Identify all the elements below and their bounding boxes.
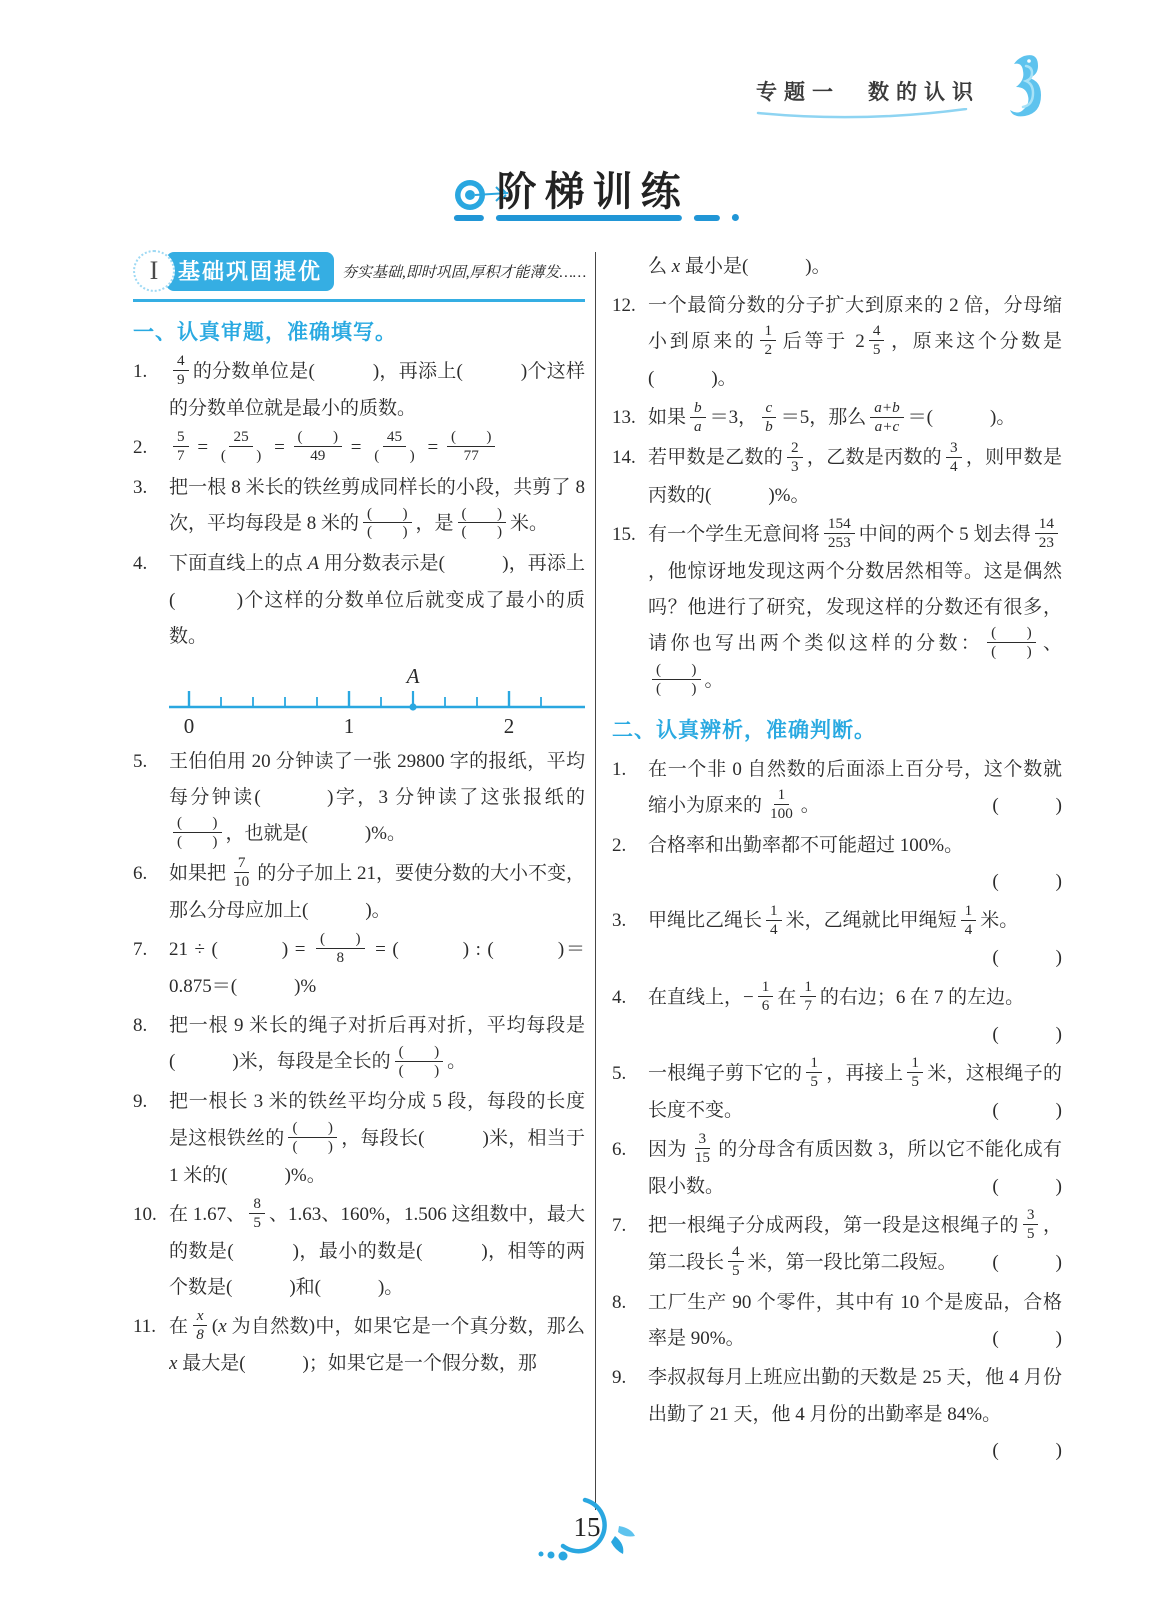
question-text: 王伯伯用 20 分钟读了一张 29800 字的报纸，平均每分钟读( )字，3 分… [169, 751, 585, 808]
question-body: 一个最简分数的分子扩大到原来的 2 倍，分母缩小到原来的12后等于 245，原来… [648, 288, 1062, 397]
math-variable: x [672, 256, 680, 277]
underline-dash [454, 215, 484, 221]
fraction-denominator: ( ) [217, 447, 266, 465]
fraction-denominator: 9 [173, 371, 189, 389]
fraction-denominator: 7 [800, 997, 816, 1015]
question-body: 工厂生产 90 个零件，其中有 10 个是废品，合格率是 90%。( ) [648, 1285, 1062, 1357]
question-item: 6.如果把710的分子加上 21，要使分数的大小不变，那么分母应加上( )。 [133, 856, 585, 929]
fraction-numerator: 1 [961, 903, 977, 920]
question-text: ，再接上 [826, 1063, 903, 1084]
question-item: 8.把一根 9 米长的绳子对折后再对折，平均每段是( )米，每段是全长的( )(… [133, 1008, 585, 1081]
fraction-denominator: ( ) [987, 643, 1036, 661]
question-body: 么 x 最小是( )。 [648, 249, 1062, 285]
math-variable: A [308, 553, 320, 574]
question-item: 5.王伯伯用 20 分钟读了一张 29800 字的报纸，平均每分钟读( )字，3… [133, 744, 585, 853]
fraction-denominator: ( ) [370, 447, 419, 465]
question-body: 把一根 9 米长的绳子对折后再对折，平均每段是( )米，每段是全长的( )( )… [169, 1008, 585, 1081]
svg-text:0: 0 [184, 714, 195, 738]
question-body: 一根绳子剪下它的15，再接上15米，这根绳子的长度不变。( ) [648, 1056, 1062, 1129]
fraction-denominator: ( ) [652, 680, 701, 698]
fraction-numerator: ( ) [458, 505, 507, 524]
question-item: 6.因为315的分母含有质因数 3，所以它不能化成有限小数。( ) [612, 1132, 1062, 1205]
question-item: 11.在x8(x 为自然数)中，如果它是一个真分数，那么 x 最大是( )；如果… [133, 1309, 585, 1382]
question-number: 10. [133, 1197, 169, 1306]
question-item: 3.甲绳比乙绳长14米，乙绳就比甲绳短14米。( ) [612, 903, 1062, 976]
fraction: 710 [230, 856, 253, 891]
fraction: ( )( ) [395, 1043, 444, 1080]
question-item: 2.合格率和出勤率都不可能超过 100%。( ) [612, 828, 1062, 900]
fraction: ( )( ) [987, 624, 1036, 661]
fraction: 15 [806, 1056, 822, 1091]
fraction: 34 [946, 440, 962, 475]
fraction-denominator: 5 [907, 1073, 923, 1091]
question-text: ＝( )。 [908, 407, 1016, 428]
question-text: 若甲数是乙数的 [648, 447, 783, 468]
fraction-numerator: b [690, 400, 706, 417]
fraction-numerator: ( ) [173, 814, 222, 833]
question-text: 如果 [648, 407, 686, 428]
question-number: 3. [612, 903, 648, 976]
fraction-denominator: 100 [766, 805, 797, 823]
fraction-numerator: 3 [695, 1132, 711, 1149]
question-item: 13.如果ba＝3，cb＝5，那么a+ba+c＝( )。 [612, 400, 1062, 437]
question-text: ，乙数是丙数的 [807, 447, 942, 468]
part2-heading: 二、认真辨析，准确判断。 [612, 714, 1062, 744]
question-text: 。 [705, 670, 724, 691]
fraction: ( )( ) [652, 661, 701, 698]
svg-text:A: A [405, 664, 420, 688]
fraction: 315 [691, 1132, 714, 1167]
question-item: 3.把一根 8 米长的铁丝剪成同样长的小段，共剪了 8 次，平均每段是 8 米的… [133, 470, 585, 543]
fraction-denominator: ( ) [395, 1062, 444, 1080]
question-item: 8.工厂生产 90 个零件，其中有 10 个是废品，合格率是 90%。( ) [612, 1285, 1062, 1357]
section-badge: I 基础巩固提优 夯实基础,即时巩固,厚积才能薄发…… [133, 250, 585, 302]
fraction-numerator: 3 [1023, 1208, 1039, 1225]
fraction-numerator: c [762, 400, 777, 417]
question-text: 李叔叔每月上班应出勤的天数是 25 天，他 4 月份出勤了 21 天，他 4 月… [648, 1367, 1062, 1424]
question-text: 米，第一段比第二段短。 [748, 1252, 957, 1273]
question-number: 2. [133, 430, 169, 467]
question-number: 1. [612, 752, 648, 825]
answer-bracket: ( ) [992, 788, 1062, 824]
column-divider [595, 252, 596, 1510]
fraction: a+ba+c [870, 400, 903, 435]
question-body: 下面直线上的点 A 用分数表示是( )，再添上( )个这样的分数单位后就变成了最… [169, 546, 585, 740]
fraction-numerator: ( ) [652, 661, 701, 680]
question-body: 有一个学生无意间将154253中间的两个 5 划去得1423，他惊讶地发现这两个… [648, 517, 1062, 700]
fraction: 154253 [824, 517, 855, 552]
answer-bracket: ( ) [992, 1169, 1062, 1205]
fraction-denominator: ( ) [288, 1138, 337, 1156]
question-number: 9. [612, 1360, 648, 1468]
question-text: 米。 [510, 513, 548, 534]
question-body: 49的分数单位是( )，再添上( )个这样的分数单位就是最小的质数。 [169, 354, 585, 427]
question-number: 4. [133, 546, 169, 740]
question-item: 2.57 = 25( ) = ( )49 = 45( ) = ( )77 [133, 430, 585, 467]
question-item: 5.一根绳子剪下它的15，再接上15米，这根绳子的长度不变。( ) [612, 1056, 1062, 1129]
question-text: = [346, 437, 366, 458]
question-body: 在x8(x 为自然数)中，如果它是一个真分数，那么 x 最大是( )；如果它是一… [169, 1309, 585, 1382]
question-text: ＝3， [710, 407, 758, 428]
page-footer: 15 [519, 1492, 651, 1566]
answer-bracket: ( ) [992, 1321, 1062, 1357]
question-body: 把一根长 3 米的铁丝平均分成 5 段，每段的长度是这根铁丝的( )( )，每段… [169, 1084, 585, 1193]
main-title-row: 阶梯训练 [0, 160, 1170, 230]
fraction: 45 [728, 1243, 744, 1280]
question-text: 米，乙绳就比甲绳短 [786, 910, 957, 931]
fraction-denominator: a [690, 418, 706, 436]
question-body: 把一根绳子分成两段，第一段是这根绳子的35，第二段长45米，第一段比第二段短。(… [648, 1208, 1062, 1282]
part2-questions: 1.在一个非 0 自然数的后面添上百分号，这个数就缩小为原来的1100。( )2… [612, 752, 1062, 1469]
fraction-denominator: 253 [824, 534, 855, 552]
question-text: 一根绳子剪下它的 [648, 1063, 802, 1084]
fraction-numerator: 5 [173, 430, 189, 447]
question-body: 李叔叔每月上班应出勤的天数是 25 天，他 4 月份出勤了 21 天，他 4 月… [648, 1360, 1062, 1468]
page-number: 15 [566, 1512, 608, 1543]
question-item: 7.把一根绳子分成两段，第一段是这根绳子的35，第二段长45米，第一段比第二段短… [612, 1208, 1062, 1282]
fraction: ( )( ) [363, 505, 412, 542]
question-item: 4.下面直线上的点 A 用分数表示是( )，再添上( )个这样的分数单位后就变成… [133, 546, 585, 740]
fraction: 12 [760, 322, 776, 359]
question-body: 在一个非 0 自然数的后面添上百分号，这个数就缩小为原来的1100。( ) [648, 752, 1062, 825]
question-body: 21 ÷ ( ) = ( )8 = ( ) : ( )＝0.875＝( )% [169, 932, 585, 1005]
fraction-numerator: 1 [800, 980, 816, 997]
fraction-denominator: 5 [806, 1073, 822, 1091]
fraction-numerator: ( ) [447, 430, 496, 447]
question-item: 1.49的分数单位是( )，再添上( )个这样的分数单位就是最小的质数。 [133, 354, 585, 427]
question-number: 1. [133, 354, 169, 427]
question-number: 13. [612, 400, 648, 437]
question-text: 因为 [648, 1139, 687, 1160]
question-item: 10.在 1.67、85、1.63、160%，1.506 这组数中，最大的数是(… [133, 1197, 585, 1306]
seahorse-icon [1002, 52, 1044, 124]
question-text: 21 ÷ ( ) = [169, 939, 312, 960]
question-text: = [269, 437, 289, 458]
fraction-denominator: 5 [869, 341, 885, 359]
question-number: 3. [133, 470, 169, 543]
question-text: ，也就是( )%。 [226, 823, 406, 844]
fraction-numerator: 25 [229, 430, 252, 447]
fraction: 16 [758, 980, 774, 1015]
fraction-denominator: 77 [460, 447, 483, 465]
fraction-numerator: 1 [758, 980, 774, 997]
question-text: 在 [169, 1316, 188, 1337]
question-number: 15. [612, 517, 648, 700]
question-text: = [193, 437, 213, 458]
fraction-denominator: 5 [1023, 1225, 1039, 1243]
question-body: 如果把710的分子加上 21，要使分数的大小不变，那么分母应加上( )。 [169, 856, 585, 929]
question-body: 若甲数是乙数的23，乙数是丙数的34，则甲数是丙数的( )%。 [648, 440, 1062, 513]
question-number: 11. [133, 1309, 169, 1382]
part1-questions-right: 么 x 最小是( )。12.一个最简分数的分子扩大到原来的 2 倍，分母缩小到原… [612, 249, 1062, 700]
question-number: 7. [133, 932, 169, 1005]
fraction-denominator: 15 [691, 1149, 714, 1167]
fraction: 14 [961, 903, 977, 938]
question-number: 4. [612, 980, 648, 1053]
question-number: 8. [612, 1285, 648, 1357]
fraction-numerator: 1 [760, 322, 776, 341]
fraction-denominator: a+c [871, 418, 904, 436]
svg-text:1: 1 [344, 714, 355, 738]
badge-label: 基础巩固提优 [166, 252, 334, 291]
underline-dash [694, 215, 720, 221]
chapter-header: 专题一 数的认识 [756, 76, 980, 120]
svg-text:2: 2 [504, 714, 515, 738]
fraction-denominator: 8 [333, 949, 349, 967]
fraction-denominator: 23 [1035, 534, 1058, 552]
question-text: 后等于 2 [780, 331, 865, 352]
fraction-numerator: 2 [787, 440, 803, 457]
fraction: ( )8 [316, 932, 365, 967]
title-underline [454, 214, 739, 221]
question-text: 把一根绳子分成两段，第一段是这根绳子的 [648, 1215, 1019, 1236]
question-text: 中间的两个 5 划去得 [859, 524, 1031, 545]
fraction-numerator: 45 [383, 430, 406, 447]
question-text: 如果把 [169, 863, 226, 884]
workbook-page: 专题一 数的认识 阶梯训练 I 基础巩固提优 夯实 [0, 0, 1170, 1600]
fraction-denominator: b [761, 418, 777, 436]
fraction: 17 [800, 980, 816, 1015]
fraction-denominator: 4 [961, 921, 977, 939]
question-text: 把一根 9 米长的绳子对折后再对折，平均每段是( )米，每段是全长的 [169, 1015, 585, 1072]
question-text: 最大是( )；如果它是一个假分数，那 [177, 1353, 536, 1374]
question-body: 因为315的分母含有质因数 3，所以它不能化成有限小数。( ) [648, 1132, 1062, 1205]
fraction-numerator: 7 [234, 856, 250, 873]
fraction-denominator: 5 [728, 1262, 744, 1280]
fraction: 15 [907, 1056, 923, 1091]
fraction-numerator: 1 [774, 786, 790, 805]
fraction-numerator: 3 [946, 440, 962, 457]
question-text: 的右边；6 在 7 的左边。 [820, 987, 1024, 1008]
fraction-denominator: 8 [192, 1326, 208, 1344]
question-text: 在 1.67、 [169, 1204, 245, 1225]
question-text: ＝5，那么 [781, 407, 867, 428]
fraction-denominator: 10 [230, 873, 253, 891]
fraction: cb [761, 400, 777, 435]
question-item: 14.若甲数是乙数的23，乙数是丙数的34，则甲数是丙数的( )%。 [612, 440, 1062, 513]
fraction: ba [690, 400, 706, 435]
fraction-numerator: 4 [728, 1243, 744, 1262]
question-text: 、 [1040, 633, 1062, 654]
question-number: 6. [612, 1132, 648, 1205]
question-text: 在 [777, 987, 796, 1008]
fraction-denominator: ( ) [363, 523, 412, 541]
fraction-denominator: ( ) [458, 523, 507, 541]
fraction: 25( ) [217, 430, 266, 465]
question-item: 9.李叔叔每月上班应出勤的天数是 25 天，他 4 月份出勤了 21 天，他 4… [612, 1360, 1062, 1468]
fraction: 1100 [766, 786, 797, 823]
question-text: 有一个学生无意间将 [648, 524, 820, 545]
question-text: ，是 [416, 513, 454, 534]
question-text: 米。 [980, 910, 1018, 931]
question-number: 7. [612, 1208, 648, 1282]
roman-numeral-badge: I [133, 250, 175, 292]
question-item: 么 x 最小是( )。 [612, 249, 1062, 285]
question-text: 在直线上，− [648, 987, 754, 1008]
question-number: 5. [612, 1056, 648, 1129]
answer-bracket: ( ) [992, 1245, 1062, 1281]
fraction-numerator: 1 [907, 1056, 923, 1073]
fraction: 49 [173, 354, 189, 389]
answer-bracket: ( ) [648, 1433, 1062, 1469]
question-body: 57 = 25( ) = ( )49 = 45( ) = ( )77 [169, 430, 585, 467]
part1-questions-left: 1.49的分数单位是( )，再添上( )个这样的分数单位就是最小的质数。2.57… [133, 354, 585, 1382]
answer-bracket: ( ) [648, 940, 1062, 976]
fraction: ( )( ) [173, 814, 222, 851]
fraction: 85 [249, 1197, 265, 1232]
fraction-numerator: ( ) [395, 1043, 444, 1062]
question-text: 的分数单位是( )，再添上( )个这样的分数单位就是最小的质数。 [169, 361, 585, 419]
fraction-denominator: 3 [787, 458, 803, 476]
question-body: 王伯伯用 20 分钟读了一张 29800 字的报纸，平均每分钟读( )字，3 分… [169, 744, 585, 853]
question-text: 最小是( )。 [680, 256, 830, 277]
fraction-numerator: ( ) [987, 624, 1036, 643]
fraction: 57 [173, 430, 189, 465]
fraction-denominator: 4 [766, 921, 782, 939]
fraction-numerator: 4 [173, 354, 189, 371]
question-text: 。 [447, 1051, 466, 1072]
fraction-numerator: 154 [824, 517, 855, 534]
fraction: 1423 [1035, 517, 1058, 552]
fraction: x8 [192, 1309, 208, 1344]
fraction-numerator: ( ) [363, 505, 412, 524]
math-variable: x [218, 1316, 226, 1337]
fraction: ( )( ) [288, 1119, 337, 1156]
question-item: 7.21 ÷ ( ) = ( )8 = ( ) : ( )＝0.875＝( )% [133, 932, 585, 1005]
question-number: 2. [612, 828, 648, 900]
question-body: 甲绳比乙绳长14米，乙绳就比甲绳短14米。( ) [648, 903, 1062, 976]
chapter-title: 专题一 数的认识 [756, 81, 980, 104]
fraction-numerator: 1 [766, 903, 782, 920]
answer-bracket: ( ) [648, 1017, 1062, 1053]
answer-bracket: ( ) [648, 864, 1062, 900]
fraction: 23 [787, 440, 803, 475]
fraction: 35 [1023, 1208, 1039, 1243]
question-number: 6. [133, 856, 169, 929]
fraction: ( )77 [447, 430, 496, 465]
fraction-denominator: 2 [760, 341, 776, 359]
fraction-numerator: 14 [1035, 517, 1058, 534]
fraction-numerator: ( ) [316, 932, 365, 949]
question-number: 5. [133, 744, 169, 853]
badge-slogan: 夯实基础,即时巩固,厚积才能薄发…… [342, 261, 586, 282]
page-title: 阶梯训练 [497, 160, 689, 217]
fraction-numerator: 1 [806, 1056, 822, 1073]
fraction-denominator: 49 [306, 447, 329, 465]
question-text: 合格率和出勤率都不可能超过 100%。 [648, 835, 963, 856]
underline-bar [496, 215, 682, 221]
question-body: 合格率和出勤率都不可能超过 100%。( ) [648, 828, 1062, 900]
question-text: 。 [801, 795, 820, 816]
number-line: 012A [169, 659, 585, 741]
left-column: I 基础巩固提优 夯实基础,即时巩固,厚积才能薄发…… 一、认真审题，准确填写。… [133, 250, 585, 1385]
fraction-numerator: 8 [249, 1197, 265, 1214]
part1-heading: 一、认真审题，准确填写。 [133, 316, 585, 346]
question-body: 把一根 8 米长的铁丝剪成同样长的小段，共剪了 8 次，平均每段是 8 米的( … [169, 470, 585, 543]
question-body: 如果ba＝3，cb＝5，那么a+ba+c＝( )。 [648, 400, 1062, 437]
fraction-numerator: x [193, 1309, 208, 1326]
fraction: 45( ) [370, 430, 419, 465]
question-item: 4.在直线上，−16在17的右边；6 在 7 的左边。( ) [612, 980, 1062, 1053]
fraction-denominator: ( ) [173, 833, 222, 851]
fraction-numerator: ( ) [288, 1119, 337, 1138]
fraction: 14 [766, 903, 782, 938]
fraction-denominator: 6 [758, 997, 774, 1015]
fraction-denominator: 4 [946, 458, 962, 476]
header-swoosh-line [756, 108, 968, 120]
question-text: = [423, 437, 443, 458]
question-item: 15.有一个学生无意间将154253中间的两个 5 划去得1423，他惊讶地发现… [612, 517, 1062, 700]
right-column: 么 x 最小是( )。12.一个最简分数的分子扩大到原来的 2 倍，分母缩小到原… [612, 246, 1062, 1472]
fraction-denominator: 7 [173, 447, 189, 465]
question-text: 么 [648, 256, 672, 277]
fraction-numerator: ( ) [294, 430, 343, 447]
fraction-numerator: 4 [869, 322, 885, 341]
question-body: 在 1.67、85、1.63、160%，1.506 这组数中，最大的数是( )，… [169, 1197, 585, 1306]
fraction: 45 [869, 322, 885, 359]
question-number: 12. [612, 288, 648, 397]
fraction: ( )( ) [458, 505, 507, 542]
question-number [612, 249, 648, 285]
question-number: 14. [612, 440, 648, 513]
question-text: 下面直线上的点 [169, 553, 308, 574]
answer-bracket: ( ) [992, 1093, 1062, 1129]
question-item: 9.把一根长 3 米的铁丝平均分成 5 段，每段的长度是这根铁丝的( )( )，… [133, 1084, 585, 1193]
question-item: 1.在一个非 0 自然数的后面添上百分号，这个数就缩小为原来的1100。( ) [612, 752, 1062, 825]
question-number: 8. [133, 1008, 169, 1081]
fraction: ( )49 [294, 430, 343, 465]
fraction-denominator: 5 [249, 1214, 265, 1232]
question-item: 12.一个最简分数的分子扩大到原来的 2 倍，分母缩小到原来的12后等于 245… [612, 288, 1062, 397]
underline-dot [732, 214, 739, 221]
question-number: 9. [133, 1084, 169, 1193]
question-text: 为自然数)中，如果它是一个真分数，那么 [227, 1316, 585, 1337]
question-body: 在直线上，−16在17的右边；6 在 7 的左边。( ) [648, 980, 1062, 1053]
question-text: 甲绳比乙绳长 [648, 910, 762, 931]
fraction-numerator: a+b [870, 400, 903, 417]
